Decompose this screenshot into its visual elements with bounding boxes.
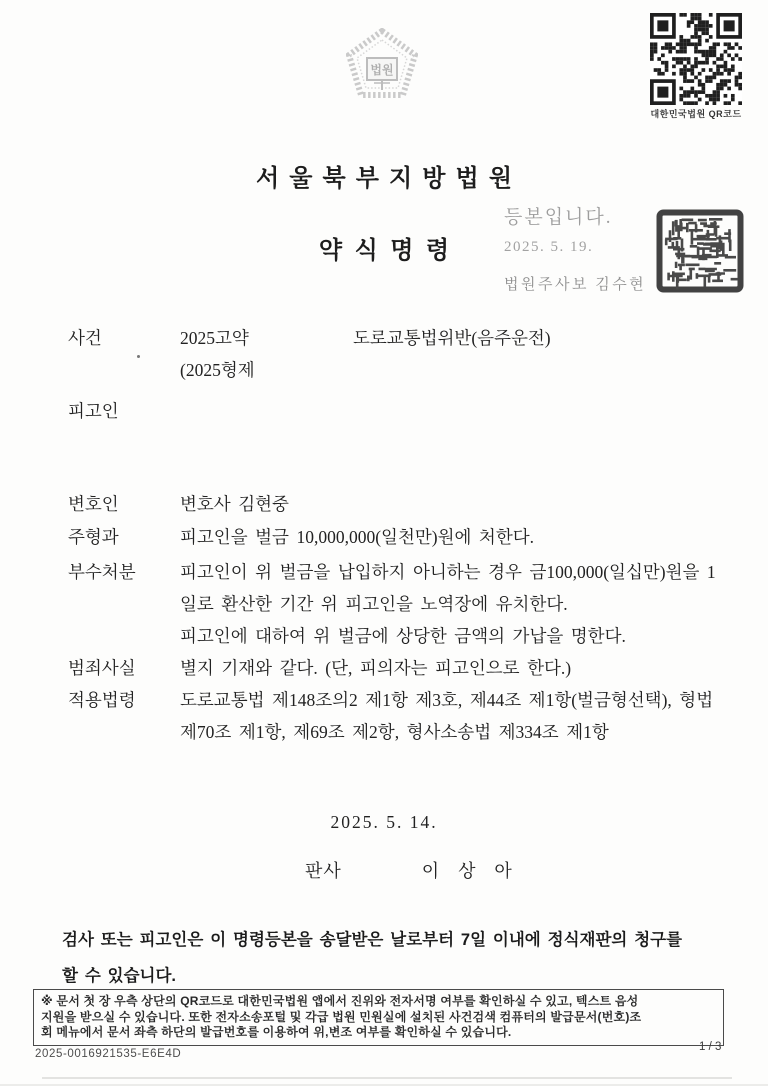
qr-caption: 대한민국법원 QR코드	[646, 107, 746, 120]
judge-signature-row: 판사 이상아	[305, 857, 531, 883]
ancillary-line-1: 피고인이 위 벌금을 납입하지 아니하는 경우 금100,000(일십만)원을 …	[180, 556, 718, 588]
field-facts-label: 범죄사실	[68, 652, 165, 684]
field-main-penalty-label: 주형과	[68, 521, 165, 553]
case-charge: 도로교통법위반(음주운전)	[353, 328, 551, 348]
field-counsel-label: 변호인	[68, 488, 165, 520]
statutes-line-2: 제70조 제1항, 제69조 제2항, 형사소송법 제334조 제1항	[180, 716, 718, 748]
footnote-line-3: 회 메뉴에서 문서 좌측 하단의 발급번호를 이용하여 위,변조 여부를 확인하…	[41, 1025, 716, 1041]
field-case-label: 사건	[68, 322, 165, 354]
ancillary-line-3: 피고인에 대하여 위 벌금에 상당한 금액의 가납을 명한다.	[180, 620, 718, 652]
page-indicator: 1 / 3	[699, 1041, 721, 1053]
scan-artifact-line	[42, 1077, 732, 1079]
field-ancillary-label: 부수처분	[68, 556, 165, 588]
qr-block: 대한민국법원 QR코드	[646, 13, 746, 120]
facts-value: 별지 기재와 같다. (단, 피의자는 피고인으로 한다.)	[180, 652, 718, 684]
certification-text: 등본입니다.	[504, 202, 654, 229]
notice-line-1: 검사 또는 피고인은 이 명령등본을 송달받은 날로부터 7일 이내에 정식재판…	[62, 922, 722, 958]
decision-date: 2025. 5. 14.	[0, 812, 768, 833]
certification-stamp: 등본입니다. 2025. 5. 19. 법원주사보 김수현	[504, 202, 654, 294]
case-number: 2025고약	[180, 322, 353, 354]
official-seal-icon	[656, 209, 744, 293]
issue-number: 2025-0016921535-E6E4D	[35, 1048, 181, 1060]
counsel-value: 변호사 김현중	[180, 488, 718, 520]
certification-officer: 법원주사보 김수현	[504, 273, 654, 294]
judge-title: 판사	[305, 857, 342, 883]
footnote-line-2: 지원을 받으실 수 있습니다. 또한 전자소송포털 및 각급 법원 민원실에 설…	[41, 1010, 716, 1026]
formal-trial-notice: 검사 또는 피고인은 이 명령등본을 송달받은 날로부터 7일 이내에 정식재판…	[62, 922, 722, 994]
judge-name: 이상아	[422, 857, 531, 883]
court-name-title: 서울북부지방법원	[0, 158, 768, 193]
field-statutes-label: 적용법령	[68, 684, 165, 716]
emblem-text-glyph: 법원	[370, 62, 393, 77]
field-defendant-label: 피고인	[68, 395, 165, 427]
court-emblem-icon: 법원	[346, 28, 418, 108]
qr-code-icon	[649, 13, 743, 105]
summary-order-document: 법원 대한민국법원 QR코드 서울북부지방법원 약식명령	[0, 0, 768, 1086]
certification-date: 2025. 5. 19.	[504, 239, 654, 256]
statutes-line-1: 도로교통법 제148조의2 제1항 제3호, 제44조 제1항(벌금형선택), …	[180, 684, 718, 716]
scan-artifact-dot	[137, 355, 140, 358]
ancillary-line-2: 일로 환산한 기간 위 피고인을 노역장에 유치한다.	[180, 588, 718, 620]
case-sub-number: (2025형제	[180, 354, 718, 386]
verification-footnote-box: ※ 문서 첫 장 우측 상단의 QR코드로 대한민국법원 앱에서 진위와 전자서…	[33, 989, 724, 1046]
footnote-line-1: ※ 문서 첫 장 우측 상단의 QR코드로 대한민국법원 앱에서 진위와 전자서…	[41, 994, 716, 1010]
main-penalty-value: 피고인을 벌금 10,000,000(일천만)원에 처한다.	[180, 521, 718, 553]
